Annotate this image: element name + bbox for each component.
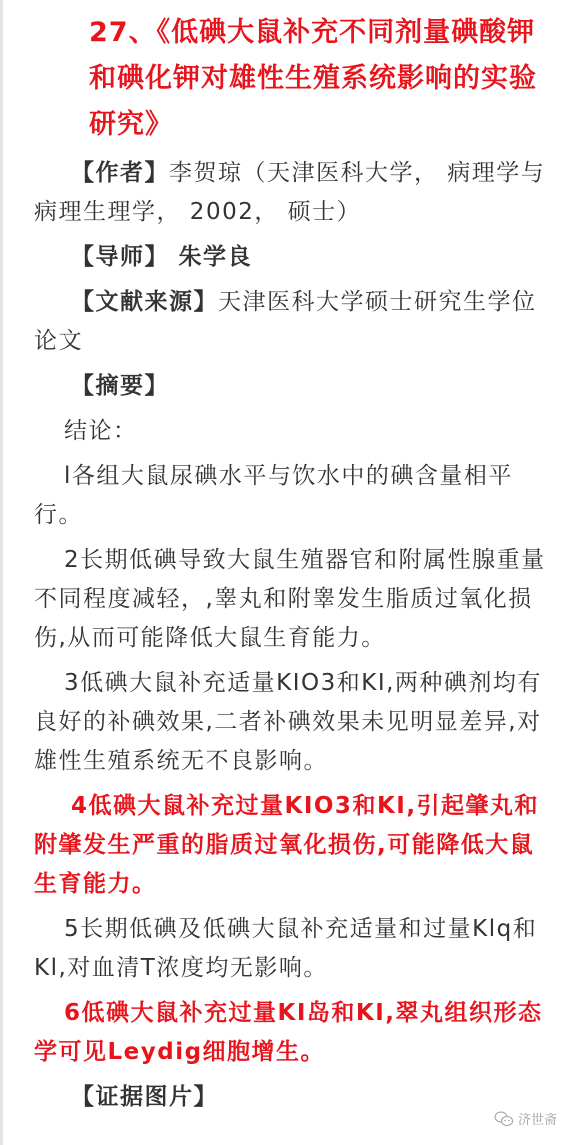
- conclusion-item-6-highlighted: 6低碘大鼠补充过量KI岛和KI,翠丸组织形态学可见Leydig细胞增生。: [34, 994, 554, 1072]
- source-label: 【文献来源】: [71, 289, 218, 315]
- article-title: 27、《低碘大鼠补充不同剂量碘酸钾和碘化钾对雄性生殖系统影响的实验研究》: [89, 10, 554, 148]
- watermark: 济世斋: [494, 1109, 557, 1128]
- advisor-value: 朱学良: [169, 244, 252, 270]
- evidence-heading: 【证据图片】: [34, 1078, 554, 1117]
- author-label: 【作者】: [71, 160, 169, 186]
- author-line: 【作者】李贺琼（天津医科大学， 病理学与病理生理学， 2002， 硕士）: [34, 154, 554, 232]
- conclusion-heading: 结论：: [34, 412, 554, 451]
- source-line: 【文献来源】天津医科大学硕士研究生学位论文: [34, 283, 554, 361]
- abstract-heading: 【摘要】: [34, 367, 554, 406]
- page-left-border: [0, 0, 3, 1145]
- conclusion-item-1: l各组大鼠尿碘水平与饮水中的碘含量相平行。: [34, 457, 554, 535]
- advisor-label: 【导师】: [71, 244, 169, 270]
- conclusion-item-5: 5长期低碘及低碘大鼠补充适量和过量Klq和Kl,对血清T浓度均无影响。: [34, 910, 554, 988]
- conclusion-item-3: 3低碘大鼠补充适量KIO3和KI,两种碘剂均有良好的补碘效果,二者补碘效果未见明…: [34, 664, 554, 781]
- wechat-icon: [494, 1111, 514, 1127]
- watermark-text: 济世斋: [518, 1109, 557, 1128]
- conclusion-item-4-highlighted: 4低碘大鼠补充过量KIO3和KI,引起肇丸和附肇发生严重的脂质过氧化损伤,可能降…: [34, 787, 554, 904]
- advisor-line: 【导师】 朱学良: [34, 238, 554, 277]
- article-body: 27、《低碘大鼠补充不同剂量碘酸钾和碘化钾对雄性生殖系统影响的实验研究》 【作者…: [34, 0, 554, 1117]
- conclusion-item-2: 2长期低碘导致大鼠生殖器官和附属性腺重量不同程度减轻，,睾丸和附睾发生脂质过氧化…: [34, 541, 554, 658]
